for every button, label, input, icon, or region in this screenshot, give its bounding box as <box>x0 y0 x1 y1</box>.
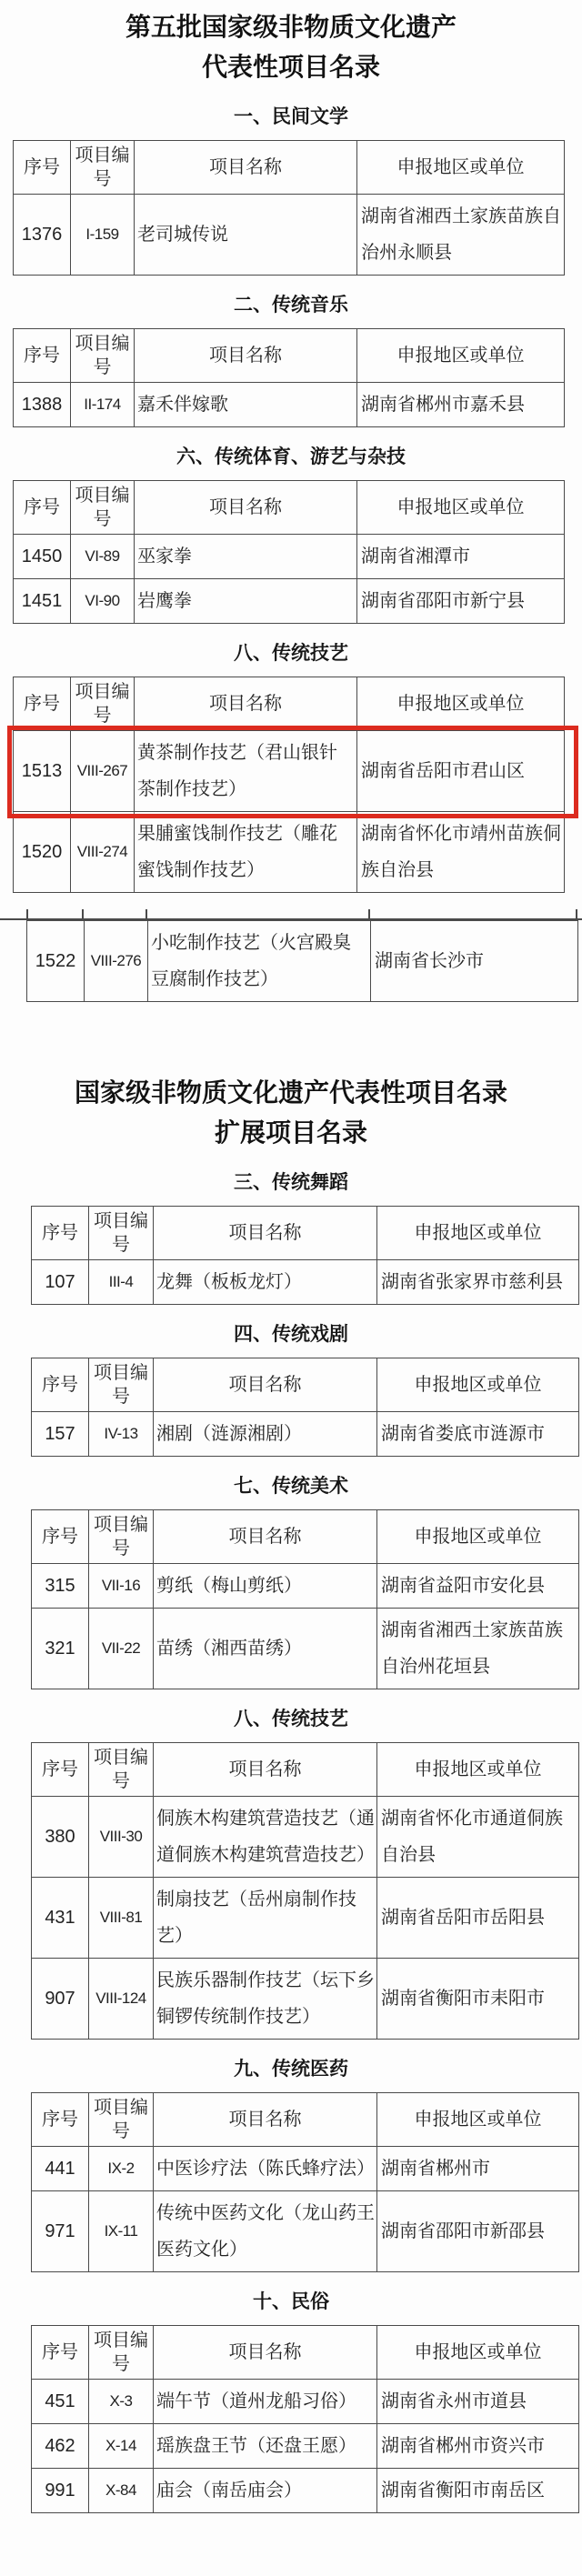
seq-cell: 1520 <box>14 812 71 893</box>
table-row: 1450VI-89巫家拳湖南省湘潭市 <box>14 535 565 579</box>
table-continuation-tick <box>26 909 28 920</box>
code-cell: X-84 <box>89 2469 154 2513</box>
document-page: 第五批国家级非物质文化遗产代表性项目名录 一、民间文学序号项目编号项目名称申报地… <box>0 0 582 2576</box>
column-header: 项目名称 <box>154 1743 377 1797</box>
region-cell: 湖南省长沙市 <box>371 921 578 1002</box>
code-cell: IX-2 <box>89 2147 154 2191</box>
extension-list-title-line1: 国家级非物质文化遗产代表性项目名录 <box>75 1078 507 1107</box>
name-cell: 苗绣（湘西苗绣） <box>154 1609 377 1689</box>
region-cell: 湖南省衡阳市南岳区 <box>377 2469 579 2513</box>
section-heading: 八、传统技艺 <box>0 640 582 667</box>
heritage-table: 序号项目编号项目名称申报地区或单位1513VIII-267黄茶制作技艺（君山银针… <box>13 677 565 893</box>
column-header: 项目编号 <box>89 1358 154 1412</box>
table-row: 1388II-174嘉禾伴嫁歌湖南省郴州市嘉禾县 <box>14 383 565 427</box>
table-row: 380VIII-30侗族木构建筑营造技艺（通道侗族木构建筑营造技艺）湖南省怀化市… <box>32 1797 579 1878</box>
column-header: 序号 <box>32 1358 89 1412</box>
column-header: 申报地区或单位 <box>357 481 565 535</box>
seq-cell: 1376 <box>14 195 71 276</box>
column-header: 项目名称 <box>135 329 357 383</box>
table-continuation-tick <box>368 909 370 920</box>
section-heading: 八、传统技艺 <box>0 1706 582 1733</box>
table-row: 441IX-2中医诊疗法（陈氏蜂疗法）湖南省郴州市 <box>32 2147 579 2191</box>
continuation-table-wrap: 1522VIII-276小吃制作技艺（火宫殿臭豆腐制作技艺）湖南省长沙市 <box>26 920 577 1002</box>
column-header: 申报地区或单位 <box>377 2093 579 2147</box>
region-cell: 湖南省岳阳市君山区 <box>357 731 565 812</box>
region-cell: 湖南省湘西土家族苗族自治州永顺县 <box>357 195 565 276</box>
heritage-table: 1522VIII-276小吃制作技艺（火宫殿臭豆腐制作技艺）湖南省长沙市 <box>26 920 578 1002</box>
column-header: 申报地区或单位 <box>377 1358 579 1412</box>
column-header: 序号 <box>14 481 71 535</box>
header-row: 序号项目编号项目名称申报地区或单位 <box>32 1743 579 1797</box>
seq-cell: 462 <box>32 2424 89 2469</box>
column-header: 申报地区或单位 <box>357 677 565 731</box>
document-title: 第五批国家级非物质文化遗产代表性项目名录 <box>0 7 582 87</box>
table-row: 907VIII-124民族乐器制作技艺（坛下乡铜锣传统制作技艺）湖南省衡阳市耒阳… <box>32 1959 579 2040</box>
section-heading: 十、民俗 <box>0 2289 582 2316</box>
list-part-1: 一、民间文学序号项目编号项目名称申报地区或单位1376I-159老司城传说湖南省… <box>0 104 582 893</box>
column-header: 申报地区或单位 <box>357 329 565 383</box>
seq-cell: 907 <box>32 1959 89 2040</box>
seq-cell: 991 <box>32 2469 89 2513</box>
seq-cell: 431 <box>32 1878 89 1959</box>
name-cell: 湘剧（涟源湘剧） <box>154 1412 377 1457</box>
header-row: 序号项目编号项目名称申报地区或单位 <box>14 677 565 731</box>
page-break-rule <box>0 918 582 920</box>
seq-cell: 441 <box>32 2147 89 2191</box>
seq-cell: 1513 <box>14 731 71 812</box>
code-cell: VII-22 <box>89 1609 154 1689</box>
column-header: 序号 <box>32 1207 89 1260</box>
name-cell: 中医诊疗法（陈氏蜂疗法） <box>154 2147 377 2191</box>
header-row: 序号项目编号项目名称申报地区或单位 <box>32 1510 579 1564</box>
seq-cell: 1388 <box>14 383 71 427</box>
column-header: 项目名称 <box>154 2093 377 2147</box>
header-row: 序号项目编号项目名称申报地区或单位 <box>32 1358 579 1412</box>
column-header: 项目编号 <box>71 677 135 731</box>
code-cell: VIII-274 <box>71 812 135 893</box>
region-cell: 湖南省衡阳市耒阳市 <box>377 1959 579 2040</box>
name-cell: 剪纸（梅山剪纸） <box>154 1564 377 1609</box>
column-header: 项目编号 <box>89 2326 154 2380</box>
header-row: 序号项目编号项目名称申报地区或单位 <box>32 2093 579 2147</box>
code-cell: VIII-276 <box>85 921 148 1002</box>
section-heading: 九、传统医药 <box>0 2056 582 2083</box>
table-row: 1520VIII-274果脯蜜饯制作技艺（雕花蜜饯制作技艺）湖南省怀化市靖州苗族… <box>14 812 565 893</box>
table-row: 451X-3端午节（道州龙船习俗）湖南省永州市道县 <box>32 2380 579 2424</box>
heritage-table: 序号项目编号项目名称申报地区或单位1388II-174嘉禾伴嫁歌湖南省郴州市嘉禾… <box>13 328 565 427</box>
column-header: 申报地区或单位 <box>357 141 565 195</box>
heritage-table: 序号项目编号项目名称申报地区或单位380VIII-30侗族木构建筑营造技艺（通道… <box>31 1742 579 2040</box>
table-row: 315VII-16剪纸（梅山剪纸）湖南省益阳市安化县 <box>32 1564 579 1609</box>
name-cell: 岩鹰拳 <box>135 579 357 624</box>
column-header: 项目名称 <box>135 677 357 731</box>
header-row: 序号项目编号项目名称申报地区或单位 <box>32 2326 579 2380</box>
document-title-line2: 代表性项目名录 <box>202 53 380 81</box>
region-cell: 湖南省怀化市通道侗族自治县 <box>377 1797 579 1878</box>
section-heading: 七、传统美术 <box>0 1473 582 1500</box>
table-continuation-tick <box>82 909 84 920</box>
heritage-table: 序号项目编号项目名称申报地区或单位1376I-159老司城传说湖南省湘西土家族苗… <box>13 140 565 276</box>
extension-list-title-line2: 扩展项目名录 <box>215 1118 367 1147</box>
seq-cell: 1450 <box>14 535 71 579</box>
code-cell: IV-13 <box>89 1412 154 1457</box>
column-header: 序号 <box>32 2326 89 2380</box>
section-heading: 二、传统音乐 <box>0 292 582 319</box>
header-row: 序号项目编号项目名称申报地区或单位 <box>32 1207 579 1260</box>
region-cell: 湖南省张家界市慈利县 <box>377 1260 579 1305</box>
column-header: 申报地区或单位 <box>377 1207 579 1260</box>
region-cell: 湖南省邵阳市新宁县 <box>357 579 565 624</box>
name-cell: 小吃制作技艺（火宫殿臭豆腐制作技艺） <box>148 921 371 1002</box>
region-cell: 湖南省娄底市涟源市 <box>377 1412 579 1457</box>
column-header: 项目名称 <box>154 2326 377 2380</box>
column-header: 申报地区或单位 <box>377 1510 579 1564</box>
region-cell: 湖南省郴州市资兴市 <box>377 2424 579 2469</box>
seq-cell: 315 <box>32 1564 89 1609</box>
code-cell: I-159 <box>71 195 135 276</box>
code-cell: VIII-124 <box>89 1959 154 2040</box>
column-header: 项目名称 <box>135 481 357 535</box>
region-cell: 湖南省湘潭市 <box>357 535 565 579</box>
table-row: 1376I-159老司城传说湖南省湘西土家族苗族自治州永顺县 <box>14 195 565 276</box>
column-header: 序号 <box>14 677 71 731</box>
code-cell: VI-89 <box>71 535 135 579</box>
table-row: 1451VI-90岩鹰拳湖南省邵阳市新宁县 <box>14 579 565 624</box>
seq-cell: 157 <box>32 1412 89 1457</box>
name-cell: 龙舞（板板龙灯） <box>154 1260 377 1305</box>
column-header: 序号 <box>32 2093 89 2147</box>
continuation-table: 1522VIII-276小吃制作技艺（火宫殿臭豆腐制作技艺）湖南省长沙市 <box>26 920 577 1002</box>
table-row: 462X-14瑶族盘王节（还盘王愿）湖南省郴州市资兴市 <box>32 2424 579 2469</box>
seq-cell: 1451 <box>14 579 71 624</box>
name-cell: 侗族木构建筑营造技艺（通道侗族木构建筑营造技艺） <box>154 1797 377 1878</box>
name-cell: 制扇技艺（岳州扇制作技艺） <box>154 1878 377 1959</box>
code-cell: II-174 <box>71 383 135 427</box>
region-cell: 湖南省岳阳市岳阳县 <box>377 1878 579 1959</box>
name-cell: 民族乐器制作技艺（坛下乡铜锣传统制作技艺） <box>154 1959 377 2040</box>
code-cell: X-14 <box>89 2424 154 2469</box>
table-continuation-tick <box>576 909 577 920</box>
heritage-table: 序号项目编号项目名称申报地区或单位1450VI-89巫家拳湖南省湘潭市1451V… <box>13 480 565 624</box>
column-header: 项目编号 <box>89 1510 154 1564</box>
name-cell: 传统中医药文化（龙山药王医药文化） <box>154 2191 377 2272</box>
heritage-table: 序号项目编号项目名称申报地区或单位441IX-2中医诊疗法（陈氏蜂疗法）湖南省郴… <box>31 2092 579 2272</box>
seq-cell: 321 <box>32 1609 89 1689</box>
column-header: 项目编号 <box>89 2093 154 2147</box>
column-header: 项目名称 <box>154 1358 377 1412</box>
column-header: 项目名称 <box>154 1510 377 1564</box>
column-header: 项目编号 <box>71 141 135 195</box>
table-row: 971IX-11传统中医药文化（龙山药王医药文化）湖南省邵阳市新邵县 <box>32 2191 579 2272</box>
seq-cell: 380 <box>32 1797 89 1878</box>
region-cell: 湖南省益阳市安化县 <box>377 1564 579 1609</box>
code-cell: VIII-81 <box>89 1878 154 1959</box>
region-cell: 湖南省邵阳市新邵县 <box>377 2191 579 2272</box>
table-row: 991X-84庙会（南岳庙会）湖南省衡阳市南岳区 <box>32 2469 579 2513</box>
seq-cell: 107 <box>32 1260 89 1305</box>
code-cell: X-3 <box>89 2380 154 2424</box>
section-heading: 一、民间文学 <box>0 104 582 131</box>
region-cell: 湖南省郴州市嘉禾县 <box>357 383 565 427</box>
name-cell: 端午节（道州龙船习俗） <box>154 2380 377 2424</box>
header-row: 序号项目编号项目名称申报地区或单位 <box>14 481 565 535</box>
section-heading: 三、传统舞蹈 <box>0 1169 582 1197</box>
column-header: 序号 <box>14 329 71 383</box>
code-cell: VIII-267 <box>71 731 135 812</box>
bottom-whitespace <box>0 2513 582 2550</box>
column-header: 序号 <box>32 1743 89 1797</box>
column-header: 序号 <box>32 1510 89 1564</box>
column-header: 项目编号 <box>71 329 135 383</box>
region-cell: 湖南省湘西土家族苗族自治州花垣县 <box>377 1609 579 1689</box>
column-header: 项目名称 <box>154 1207 377 1260</box>
code-cell: IX-11 <box>89 2191 154 2272</box>
name-cell: 黄茶制作技艺（君山银针茶制作技艺） <box>135 731 357 812</box>
name-cell: 老司城传说 <box>135 195 357 276</box>
name-cell: 巫家拳 <box>135 535 357 579</box>
name-cell: 果脯蜜饯制作技艺（雕花蜜饯制作技艺） <box>135 812 357 893</box>
column-header: 项目编号 <box>89 1743 154 1797</box>
column-header: 申报地区或单位 <box>377 1743 579 1797</box>
heritage-table: 序号项目编号项目名称申报地区或单位157IV-13湘剧（涟源湘剧）湖南省娄底市涟… <box>31 1358 579 1457</box>
name-cell: 嘉禾伴嫁歌 <box>135 383 357 427</box>
section-heading: 六、传统体育、游艺与杂技 <box>0 444 582 471</box>
heritage-table: 序号项目编号项目名称申报地区或单位451X-3端午节（道州龙船习俗）湖南省永州市… <box>31 2325 579 2513</box>
column-header: 序号 <box>14 141 71 195</box>
table-row: 1522VIII-276小吃制作技艺（火宫殿臭豆腐制作技艺）湖南省长沙市 <box>27 921 578 1002</box>
column-header: 项目编号 <box>71 481 135 535</box>
list-part-2: 三、传统舞蹈序号项目编号项目名称申报地区或单位107III-4龙舞（板板龙灯）湖… <box>0 1169 582 2513</box>
seq-cell: 971 <box>32 2191 89 2272</box>
table-row: 431VIII-81制扇技艺（岳州扇制作技艺）湖南省岳阳市岳阳县 <box>32 1878 579 1959</box>
seq-cell: 1522 <box>27 921 85 1002</box>
heritage-table: 序号项目编号项目名称申报地区或单位315VII-16剪纸（梅山剪纸）湖南省益阳市… <box>31 1509 579 1689</box>
header-row: 序号项目编号项目名称申报地区或单位 <box>14 141 565 195</box>
region-cell: 湖南省郴州市 <box>377 2147 579 2191</box>
document-title-line1: 第五批国家级非物质文化遗产 <box>125 13 457 41</box>
header-row: 序号项目编号项目名称申报地区或单位 <box>14 329 565 383</box>
table-row: 157IV-13湘剧（涟源湘剧）湖南省娄底市涟源市 <box>32 1412 579 1457</box>
code-cell: VIII-30 <box>89 1797 154 1878</box>
table-row: 1513VIII-267黄茶制作技艺（君山银针茶制作技艺）湖南省岳阳市君山区 <box>14 731 565 812</box>
extension-list-title: 国家级非物质文化遗产代表性项目名录扩展项目名录 <box>0 1073 582 1153</box>
name-cell: 瑶族盘王节（还盘王愿） <box>154 2424 377 2469</box>
name-cell: 庙会（南岳庙会） <box>154 2469 377 2513</box>
column-header: 项目编号 <box>89 1207 154 1260</box>
column-header: 项目名称 <box>135 141 357 195</box>
code-cell: III-4 <box>89 1260 154 1305</box>
section-heading: 四、传统戏剧 <box>0 1321 582 1348</box>
code-cell: VI-90 <box>71 579 135 624</box>
heritage-table: 序号项目编号项目名称申报地区或单位107III-4龙舞（板板龙灯）湖南省张家界市… <box>31 1206 579 1305</box>
region-cell: 湖南省永州市道县 <box>377 2380 579 2424</box>
code-cell: VII-16 <box>89 1564 154 1609</box>
table-continuation-tick <box>145 909 147 920</box>
region-cell: 湖南省怀化市靖州苗族侗族自治县 <box>357 812 565 893</box>
table-row: 107III-4龙舞（板板龙灯）湖南省张家界市慈利县 <box>32 1260 579 1305</box>
seq-cell: 451 <box>32 2380 89 2424</box>
table-row: 321VII-22苗绣（湘西苗绣）湖南省湘西土家族苗族自治州花垣县 <box>32 1609 579 1689</box>
column-header: 申报地区或单位 <box>377 2326 579 2380</box>
